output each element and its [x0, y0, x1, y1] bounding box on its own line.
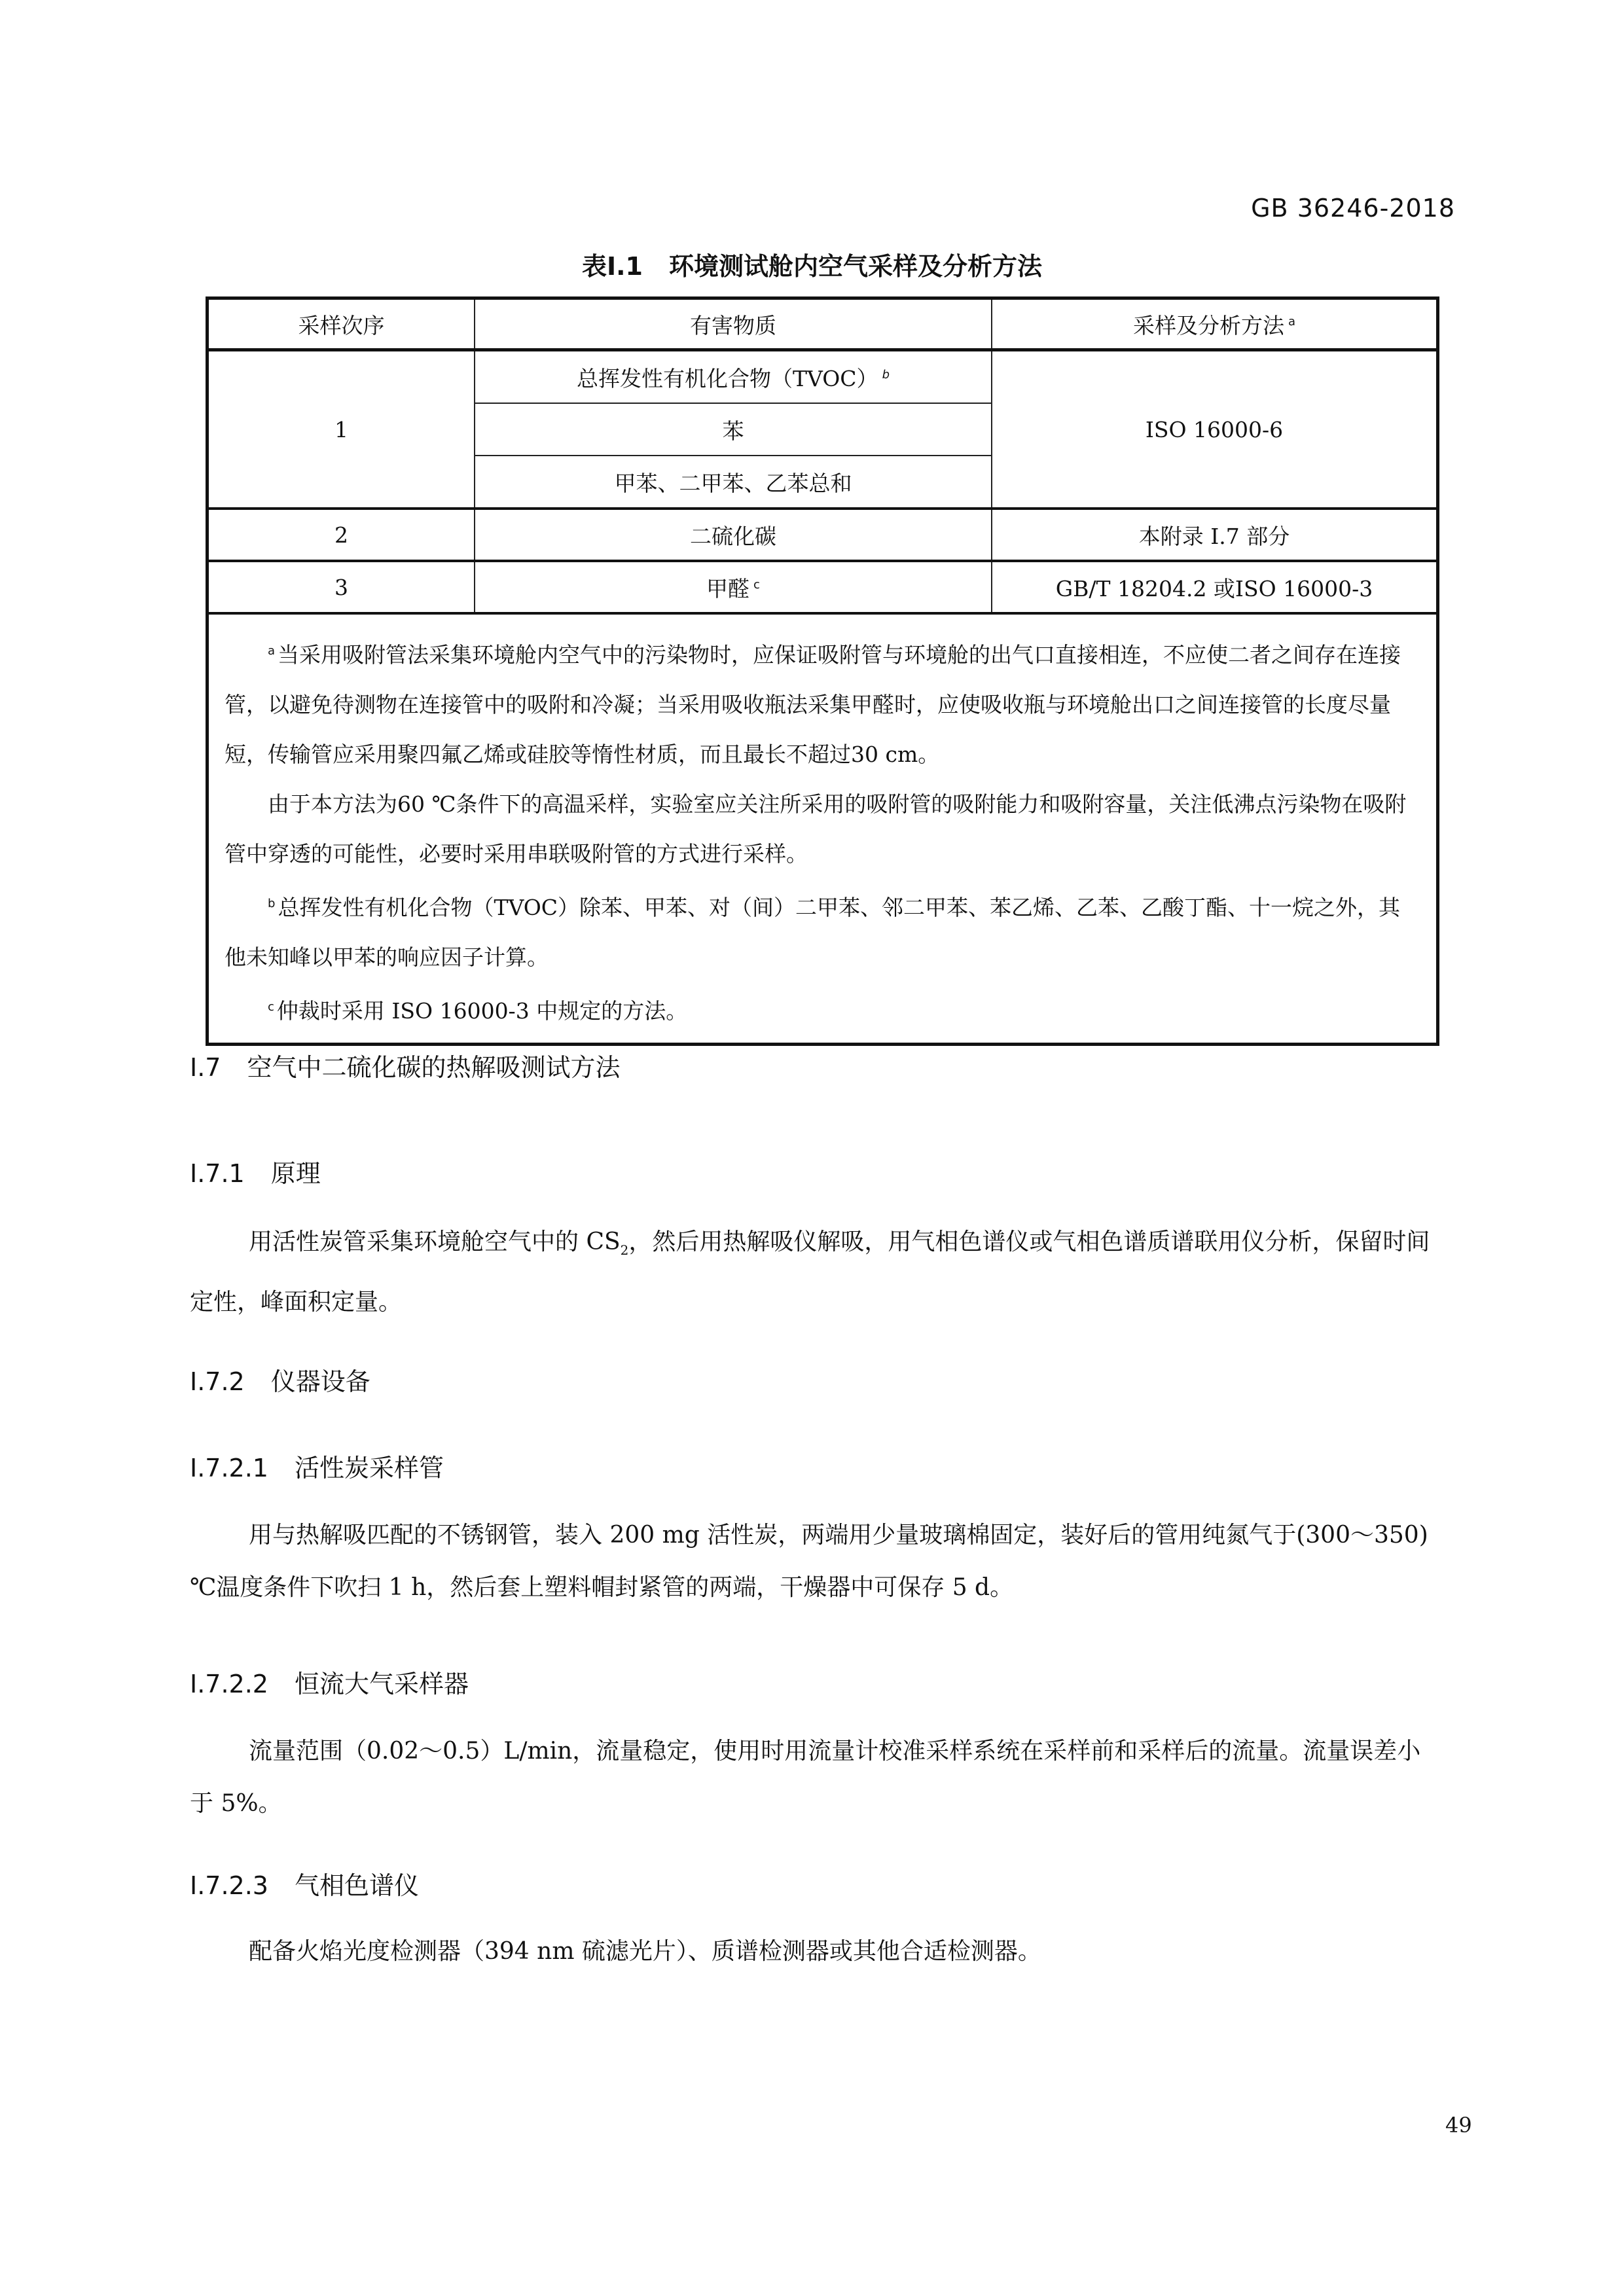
table-caption: 表I.1环境测试舱内空气采样及分析方法: [0, 246, 1624, 282]
section-heading: I.7.2.2恒流大气采样器: [190, 1664, 469, 1700]
section-body: 用活性炭管采集环境舱空气中的 CS2，然后用热解吸仪解吸，用气相色谱仪或气相色谱…: [190, 1216, 1440, 1329]
page-number: 49: [1445, 2113, 1472, 2138]
table-note-c: c仲裁时采用 ISO 16000-3 中规定的方法。: [225, 982, 1420, 1036]
cell-substance: 甲苯、二甲苯、乙苯总和: [475, 456, 992, 509]
section-body: 用与热解吸匹配的不锈钢管，装入 200 mg 活性炭，两端用少量玻璃棉固定，装好…: [190, 1509, 1440, 1614]
table-title: 环境测试舱内空气采样及分析方法: [669, 252, 1042, 281]
cell-substance: 苯: [475, 403, 992, 456]
cell-method: ISO 16000-6: [992, 350, 1438, 509]
table-row: 3 甲醛c GB/T 18204.2 或ISO 16000-3: [208, 561, 1438, 613]
column-header-substance: 有害物质: [475, 298, 992, 350]
table-note-b: b总挥发性有机化合物（TVOC）除苯、甲苯、对（间）二甲苯、邻二甲苯、苯乙烯、乙…: [225, 879, 1420, 982]
table-note-a: a当采用吸附管法采集环境舱内空气中的污染物时，应保证吸附管与环境舱的出气口直接相…: [225, 626, 1420, 780]
table-note-a-continued: 由于本方法为60 ℃条件下的高温采样，实验室应关注所采用的吸附管的吸附能力和吸附…: [225, 780, 1420, 879]
table-header-row: 采样次序 有害物质 采样及分析方法a: [208, 298, 1438, 350]
footnote-mark: a: [1288, 315, 1295, 329]
table-number: 表I.1: [582, 252, 643, 281]
table-row: 1 总挥发性有机化合物（TVOC）b ISO 16000-6: [208, 350, 1438, 404]
cell-method: GB/T 18204.2 或ISO 16000-3: [992, 561, 1438, 613]
cell-order: 1: [208, 350, 475, 509]
cell-substance: 甲醛c: [475, 561, 992, 613]
footnote-mark: c: [753, 578, 760, 592]
section-body: 配备火焰光度检测器（394 nm 硫滤光片）、质谱检测器或其他合适检测器。: [190, 1926, 1440, 1978]
sampling-methods-table: 采样次序 有害物质 采样及分析方法a 1 总挥发性有机化合物（TVOC）b IS…: [206, 296, 1439, 1046]
table-notes: a当采用吸附管法采集环境舱内空气中的污染物时，应保证吸附管与环境舱的出气口直接相…: [208, 613, 1438, 1045]
section-heading: I.7空气中二硫化碳的热解吸测试方法: [190, 1047, 620, 1083]
section-body: 流量范围（0.02～0.5）L/min，流量稳定，使用时用流量计校准采样系统在采…: [190, 1725, 1440, 1830]
table-notes-row: a当采用吸附管法采集环境舱内空气中的污染物时，应保证吸附管与环境舱的出气口直接相…: [208, 613, 1438, 1045]
column-header-method: 采样及分析方法a: [992, 298, 1438, 350]
standard-code: GB 36246-2018: [1251, 194, 1455, 223]
table-row: 2 二硫化碳 本附录 I.7 部分: [208, 509, 1438, 561]
cell-substance: 二硫化碳: [475, 509, 992, 561]
cell-substance: 总挥发性有机化合物（TVOC）b: [475, 350, 992, 404]
section-heading: I.7.2仪器设备: [190, 1361, 370, 1397]
footnote-mark: b: [882, 368, 890, 382]
cell-order: 3: [208, 561, 475, 613]
section-heading: I.7.1原理: [190, 1153, 321, 1189]
section-heading: I.7.2.3气相色谱仪: [190, 1865, 419, 1901]
column-header-order: 采样次序: [208, 298, 475, 350]
cell-order: 2: [208, 509, 475, 561]
section-heading: I.7.2.1活性炭采样管: [190, 1448, 444, 1484]
cell-method: 本附录 I.7 部分: [992, 509, 1438, 561]
